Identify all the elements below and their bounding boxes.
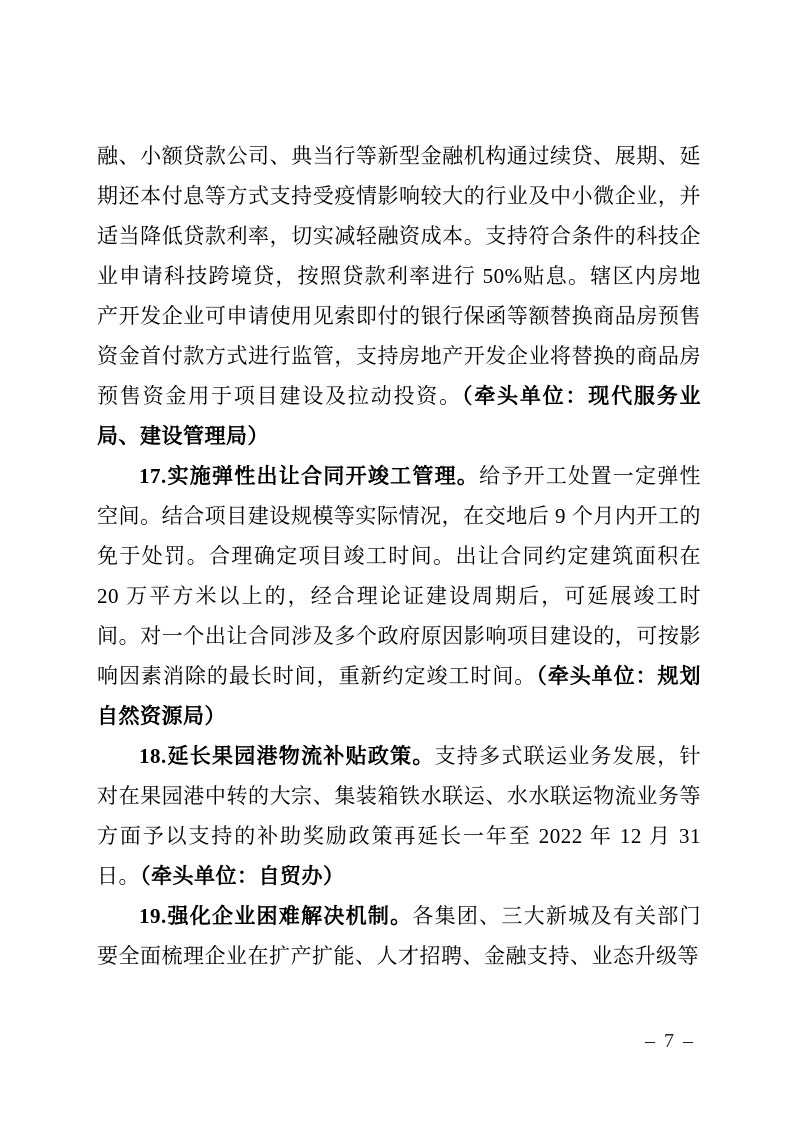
paragraph-continuation: 融、小额贷款公司、典当行等新型金融机构通过续贷、展期、延期还本付息等方式支持受疫…: [97, 136, 701, 456]
body-text: 融、小额贷款公司、典当行等新型金融机构通过续贷、展期、延期还本付息等方式支持受疫…: [97, 144, 701, 408]
item-17-heading: 17.实施弹性出让合同开竣工管理。: [139, 464, 479, 488]
paragraph-item-19: 19.强化企业困难解决机制。各集团、三大新城及有关部门要全面梳理企业在扩产扩能、…: [97, 896, 701, 976]
item-18-heading: 18.延长果园港物流补贴政策。: [139, 744, 435, 768]
paragraph-item-17: 17.实施弹性出让合同开竣工管理。给予开工处置一定弹性空间。结合项目建设规模等实…: [97, 456, 701, 736]
page-number: – 7 –: [628, 1030, 712, 1053]
document-page: 融、小额贷款公司、典当行等新型金融机构通过续贷、展期、延期还本付息等方式支持受疫…: [0, 0, 794, 1123]
lead-unit-label: （牵头单位：自贸办）: [140, 864, 345, 888]
paragraph-item-18: 18.延长果园港物流补贴政策。支持多式联运业务发展，针对在果园港中转的大宗、集装…: [97, 736, 701, 896]
item-19-heading: 19.强化企业困难解决机制。: [139, 904, 412, 928]
document-body: 融、小额贷款公司、典当行等新型金融机构通过续贷、展期、延期还本付息等方式支持受疫…: [97, 136, 701, 976]
body-text: 给予开工处置一定弹性空间。结合项目建设规模等实际情况，在交地后 9 个月内开工的…: [97, 464, 701, 688]
